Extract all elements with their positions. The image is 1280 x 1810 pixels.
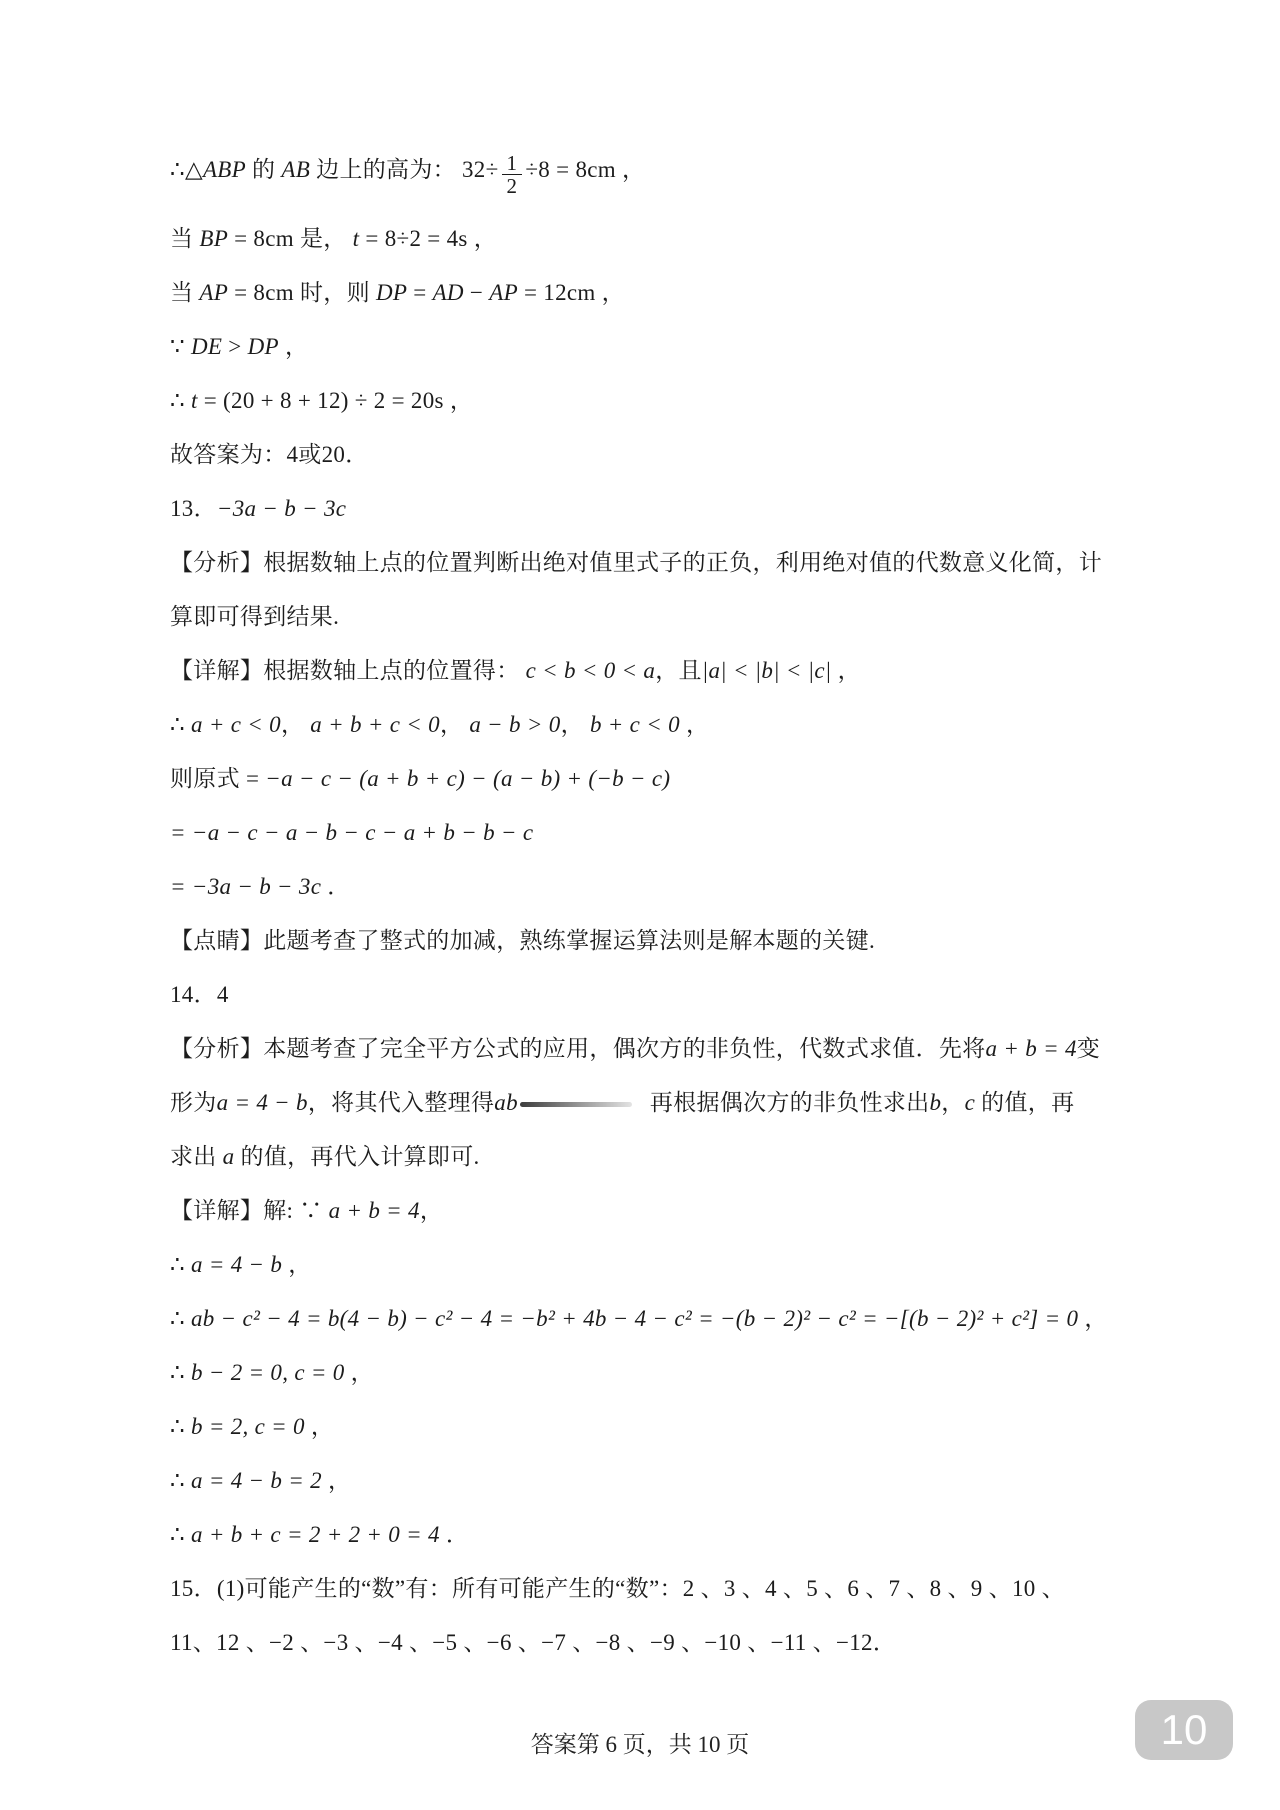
- cn-text: ，: [680, 712, 709, 737]
- cn-text: 【详解】解: ∵: [170, 1198, 329, 1223]
- cn-text: 15．(1)可能产生的“数”有：所有可能产生的“数”：2 、3 、4 、5 、6…: [170, 1576, 1065, 1601]
- cn-text: ∴: [170, 1522, 191, 1547]
- cn-text: >: [222, 334, 247, 359]
- cn-text: 故答案为：4或20．: [170, 442, 369, 467]
- cn-text: ∴: [170, 712, 191, 737]
- math-text: −3a − b − 3c: [217, 496, 346, 521]
- cn-text: ∴: [170, 1468, 191, 1493]
- math-text: AD: [433, 280, 464, 305]
- cn-text: 【详解】根据数轴上点的位置得：: [170, 658, 526, 683]
- cn-text: =: [407, 280, 432, 305]
- text-line: 求出 a 的值，再代入计算即可.: [170, 1130, 1150, 1184]
- math-text: b: [929, 1090, 941, 1115]
- fraction-denominator: 2: [502, 174, 523, 197]
- cn-text: ∵: [170, 334, 191, 359]
- text-line: ∴ b − 2 = 0, c = 0 ，: [170, 1346, 1150, 1400]
- math-text: a = 4 − b: [217, 1090, 308, 1115]
- text-line: 13．−3a − b − 3c: [170, 482, 1150, 536]
- text-line: 故答案为：4或20．: [170, 428, 1150, 482]
- cn-text: 求出: [170, 1144, 223, 1169]
- math-text: ab − c² − 4 = b(4 − b) − c² − 4 = −b² + …: [191, 1306, 1078, 1331]
- math-text: a + b + c < 0: [310, 712, 440, 737]
- math-text: DE: [191, 334, 222, 359]
- cn-text: ，: [322, 1468, 351, 1493]
- cn-text: 的值，再: [975, 1090, 1074, 1115]
- cn-text: = 12cm ，: [518, 280, 625, 305]
- cn-text: ，且: [655, 658, 702, 683]
- math-text: ABP: [203, 157, 246, 182]
- text-line: 【分析】根据数轴上点的位置判断出绝对值里式子的正负，利用绝对值的代数意义化简，计: [170, 536, 1150, 590]
- cn-text: ∴: [170, 1306, 191, 1331]
- math-text: t: [191, 388, 198, 413]
- cn-text: = 8cm 是，: [228, 226, 353, 251]
- math-text: ab: [494, 1090, 518, 1115]
- math-text: a + c < 0: [191, 712, 281, 737]
- math-text: a + b + c = 2 + 2 + 0 = 4: [191, 1522, 440, 1547]
- cn-text: 当: [170, 280, 199, 305]
- cn-text: 算即可得到结果.: [170, 604, 339, 629]
- text-line: 形为a = 4 − b，将其代入整理得ab再根据偶次方的非负性求出b，c 的值，…: [170, 1076, 1150, 1130]
- cn-text: = 8cm 时，则: [228, 280, 376, 305]
- text-line: ∴ t = (20 + 8 + 12) ÷ 2 = 20s ，: [170, 374, 1150, 428]
- text-line: 11、12 、−2 、−3 、−4 、−5 、−6 、−7 、−8 、−9 、−…: [170, 1616, 1150, 1670]
- cn-text: ．: [321, 874, 350, 899]
- cn-text: 则原式 =: [170, 766, 265, 791]
- text-line: 【分析】本题考查了完全平方公式的应用，偶次方的非负性，代数式求值．先将a + b…: [170, 1022, 1150, 1076]
- text-line: 当 AP = 8cm 时，则 DP = AD − AP = 12cm ，: [170, 266, 1150, 320]
- cn-text: 【分析】本题考查了完全平方公式的应用，偶次方的非负性，代数式求值．先将: [170, 1036, 986, 1061]
- cn-text: 边上的高为： 32÷: [310, 157, 498, 182]
- text-line: ∴△ABP 的 AB 边上的高为： 32÷12÷8 = 8cm ，: [170, 128, 1150, 212]
- cn-text: ∴: [170, 157, 185, 182]
- cn-text: 【点睛】此题考查了整式的加减，熟练掌握运算法则是解本题的关键.: [170, 928, 875, 953]
- text-line: = −a − c − a − b − c − a + b − b − c: [170, 806, 1150, 860]
- math-text: b − 2 = 0, c = 0: [191, 1360, 345, 1385]
- cn-text: 的: [246, 157, 281, 182]
- cn-text: 11、12 、−2 、−3 、−4 、−5 、−6 、−7 、−8 、−9 、−…: [170, 1630, 896, 1655]
- math-text: b + c < 0: [590, 712, 680, 737]
- document-page: ∴△ABP 的 AB 边上的高为： 32÷12÷8 = 8cm ，当 BP = …: [0, 0, 1280, 1810]
- cn-text: 当: [170, 226, 199, 251]
- text-line: 【点睛】此题考查了整式的加减，熟练掌握运算法则是解本题的关键.: [170, 914, 1150, 968]
- cn-text: ，: [832, 658, 861, 683]
- text-line: ∵ DE > DP ，: [170, 320, 1150, 374]
- cn-text: 【分析】根据数轴上点的位置判断出绝对值里式子的正负，利用绝对值的代数意义化简，计: [170, 550, 1102, 575]
- text-line: ∴ a + c < 0， a + b + c < 0， a − b > 0， b…: [170, 698, 1150, 752]
- math-text: AP: [199, 280, 228, 305]
- cn-text: −: [464, 280, 489, 305]
- text-line: ∴ a + b + c = 2 + 2 + 0 = 4 ．: [170, 1508, 1150, 1562]
- math-text: BP: [199, 226, 228, 251]
- math-text: −a − c − (a + b + c) − (a − b) + (−b − c…: [265, 766, 670, 791]
- math-text: c < b < 0 < a: [526, 658, 656, 683]
- cn-text: = (20 + 8 + 12) ÷ 2 = 20s ，: [198, 388, 473, 413]
- page-number-badge: 10: [1135, 1700, 1233, 1760]
- document-body: ∴△ABP 的 AB 边上的高为： 32÷12÷8 = 8cm ，当 BP = …: [170, 128, 1150, 1670]
- cn-text: ∴: [170, 1360, 191, 1385]
- math-text: DP: [376, 280, 407, 305]
- fraction-numerator: 1: [502, 152, 523, 174]
- math-text: a + b = 4: [329, 1198, 420, 1223]
- text-line: 则原式 = −a − c − (a + b + c) − (a − b) + (…: [170, 752, 1150, 806]
- cn-text: ∴: [170, 1414, 191, 1439]
- cn-text: ，: [345, 1360, 374, 1385]
- cn-text: ∴: [170, 1252, 191, 1277]
- math-text: a = 4 − b = 2: [191, 1468, 322, 1493]
- fraction: 12: [502, 152, 523, 197]
- math-text: = −3a − b − 3c: [170, 874, 321, 899]
- cn-text: ，: [282, 1252, 311, 1277]
- cn-text: 14．4: [170, 982, 229, 1007]
- cn-text: ，: [279, 334, 308, 359]
- math-text: AP: [489, 280, 518, 305]
- math-text: a + b = 4: [986, 1036, 1077, 1061]
- cn-text: 形为: [170, 1090, 217, 1115]
- cn-text: 变: [1077, 1036, 1100, 1061]
- text-line: 15．(1)可能产生的“数”有：所有可能产生的“数”：2 、3 、4 、5 、6…: [170, 1562, 1150, 1616]
- text-line: ∴ b = 2, c = 0 ，: [170, 1400, 1150, 1454]
- math-text: b = 2, c = 0: [191, 1414, 305, 1439]
- cn-text: ．: [440, 1522, 469, 1547]
- text-line: 【详解】解: ∵ a + b = 4，: [170, 1184, 1150, 1238]
- math-text: |a| < |b| < |c|: [702, 658, 832, 683]
- cn-text: 再根据偶次方的非负性求出: [650, 1090, 930, 1115]
- math-text: c: [965, 1090, 976, 1115]
- text-line: = −3a − b − 3c ．: [170, 860, 1150, 914]
- cn-text: ，: [281, 712, 310, 737]
- math-text: = −a − c − a − b − c − a + b − b − c: [170, 820, 533, 845]
- text-line: 14．4: [170, 968, 1150, 1022]
- cn-text: 13．: [170, 496, 217, 521]
- page-footer: 答案第 6 页，共 10 页: [0, 1726, 1280, 1759]
- cn-text: ，: [1078, 1306, 1107, 1331]
- cn-text: ，将其代入整理得: [308, 1090, 494, 1115]
- text-line: 当 BP = 8cm 是， t = 8÷2 = 4s ，: [170, 212, 1150, 266]
- cn-text: = 8÷2 = 4s ，: [359, 226, 497, 251]
- text-line: 算即可得到结果.: [170, 590, 1150, 644]
- cn-text: ∴: [170, 388, 191, 413]
- cn-text: ，: [305, 1414, 334, 1439]
- text-line: ∴ ab − c² − 4 = b(4 − b) − c² − 4 = −b² …: [170, 1292, 1150, 1346]
- math-text: DP: [248, 334, 279, 359]
- cn-text: ÷8 = 8cm ，: [525, 157, 645, 182]
- redaction-smudge: [520, 1102, 632, 1107]
- math-text: a − b > 0: [469, 712, 560, 737]
- cn-text: △: [185, 157, 203, 182]
- cn-text: 的值，再代入计算即可.: [234, 1144, 479, 1169]
- cn-text: ，: [440, 712, 469, 737]
- text-line: ∴ a = 4 − b ，: [170, 1238, 1150, 1292]
- math-text: a: [223, 1144, 235, 1169]
- math-text: a = 4 − b: [191, 1252, 282, 1277]
- text-line: 【详解】根据数轴上点的位置得： c < b < 0 < a，且|a| < |b|…: [170, 644, 1150, 698]
- cn-text: ，: [561, 712, 590, 737]
- cn-text: ，: [941, 1090, 964, 1115]
- cn-text: ，: [420, 1198, 443, 1223]
- text-line: ∴ a = 4 − b = 2 ，: [170, 1454, 1150, 1508]
- math-text: AB: [281, 157, 310, 182]
